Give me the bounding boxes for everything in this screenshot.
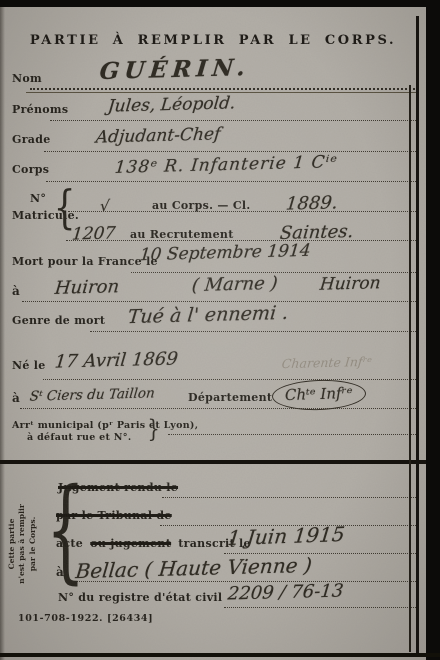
genre-mort-line — [90, 331, 418, 332]
ne-a-line — [20, 408, 418, 409]
mort-a-departement-handwriting: ( Marne ) — [191, 273, 279, 296]
arrondissement-brace: } — [148, 417, 160, 441]
print-reference: 101-708-1922. [26434] — [18, 613, 153, 624]
bottom-scan-border — [0, 653, 440, 657]
departement-oval-annotation: Chᵗᵉ Infʳᵉ — [272, 378, 367, 411]
transcription-lieu-handwriting: Bellac ( Haute Vienne ) — [75, 553, 314, 583]
matricule-numero-handwriting: 1207 — [71, 223, 116, 244]
tribunal-label-struck: par le Tribunal de — [56, 509, 172, 522]
prenoms-value-handwriting: Jules, Léopold. — [107, 93, 237, 116]
matricule-recrutement-label: au Recrutement — [130, 228, 234, 241]
corps-line — [46, 181, 418, 182]
matricule-brace: { — [54, 184, 76, 230]
mort-le-value-handwriting: 10 Septembre 1914 — [139, 241, 312, 265]
mort-a-note-handwriting: Huiron — [319, 273, 382, 295]
matricule-corps-label: au Corps. — Cl. — [152, 199, 250, 212]
grade-value-handwriting: Adjudant-Chef — [95, 124, 222, 147]
arrondissement-label-line1: Arrᵗ municipal (pʳ Paris et Lyon), — [12, 420, 198, 431]
ne-le-value-handwriting: 17 Avril 1869 — [54, 348, 179, 372]
ne-a-label: à — [12, 391, 20, 405]
grade-line — [44, 151, 418, 152]
registre-label: N° du registre d'état civil — [58, 591, 222, 604]
side-note-line2: n'est pas à remplir — [17, 484, 27, 604]
genre-mort-value-handwriting: Tué à l' ennemi . — [127, 302, 290, 328]
transcription-date-handwriting: 1 Juin 1915 — [226, 522, 346, 550]
matricule-classe-handwriting: 1889. — [285, 192, 339, 214]
top-scan-border — [0, 0, 440, 7]
departement-value-handwriting: Chᵗᵉ Infʳᵉ — [285, 384, 353, 404]
ne-le-line — [43, 379, 418, 380]
arrondissement-line — [168, 434, 418, 435]
transcription-label: acte ou jugement transcrit le — [56, 537, 251, 550]
mort-a-line — [22, 301, 418, 302]
registre-line — [224, 607, 418, 608]
left-scan-shadow — [0, 0, 5, 660]
side-note-rotated: Cette partie n'est pas à remplir par le … — [7, 484, 41, 604]
jugement-line — [162, 497, 418, 498]
mort-a-label: à — [12, 284, 20, 298]
section-divider — [0, 460, 427, 464]
scanned-military-death-record: PARTIE À REMPLIR PAR LE CORPS. Nom GUÉRI… — [0, 0, 440, 660]
nom-value-handwriting: GUÉRIN. — [98, 54, 251, 85]
matricule-corps-mark-handwriting: √ — [99, 197, 110, 215]
genre-mort-label: Genre de mort — [12, 314, 105, 327]
right-margin-rule-inner — [409, 85, 411, 652]
prenoms-label: Prénoms — [12, 103, 68, 116]
nom-line — [30, 88, 418, 90]
mort-a-commune-handwriting: Huiron — [54, 276, 120, 299]
transcription-label-struck: ou jugement — [90, 537, 171, 550]
ne-a-value-handwriting: Sᵗ Ciers du Taillon — [29, 385, 155, 404]
departement-label: Département — [188, 391, 272, 404]
matricule-no-label: N° — [30, 192, 46, 205]
matricule-recrutement-line — [66, 240, 418, 241]
grade-label: Grade — [12, 133, 51, 146]
transcription-label-prefix: acte — [56, 537, 83, 550]
side-note-line3: par le Corps. — [28, 484, 38, 604]
ne-le-pencil-note: Charente Infʳᵉ — [281, 354, 372, 371]
registre-value-handwriting: 2209 / 76-13 — [227, 580, 345, 604]
prenoms-line — [50, 120, 418, 121]
corps-value-handwriting: 138ᵉ R. Infanterie 1 Cⁱᵉ — [114, 152, 339, 178]
ne-le-label: Né le — [12, 359, 46, 372]
nom-label: Nom — [12, 72, 42, 85]
mort-le-label: Mort pour la France le — [12, 255, 158, 268]
right-scan-border — [426, 0, 440, 660]
form-title: PARTIE À REMPLIR PAR LE CORPS. — [0, 33, 426, 48]
arrondissement-label-line2: à défaut rue et N°. — [27, 432, 131, 443]
corps-label: Corps — [12, 163, 49, 176]
jugement-label-struck: Jugement rendu le — [58, 481, 178, 494]
transcription-lieu-label: à — [56, 565, 64, 579]
side-note-line1: Cette partie — [7, 484, 17, 604]
right-margin-rule-outer — [416, 16, 419, 656]
